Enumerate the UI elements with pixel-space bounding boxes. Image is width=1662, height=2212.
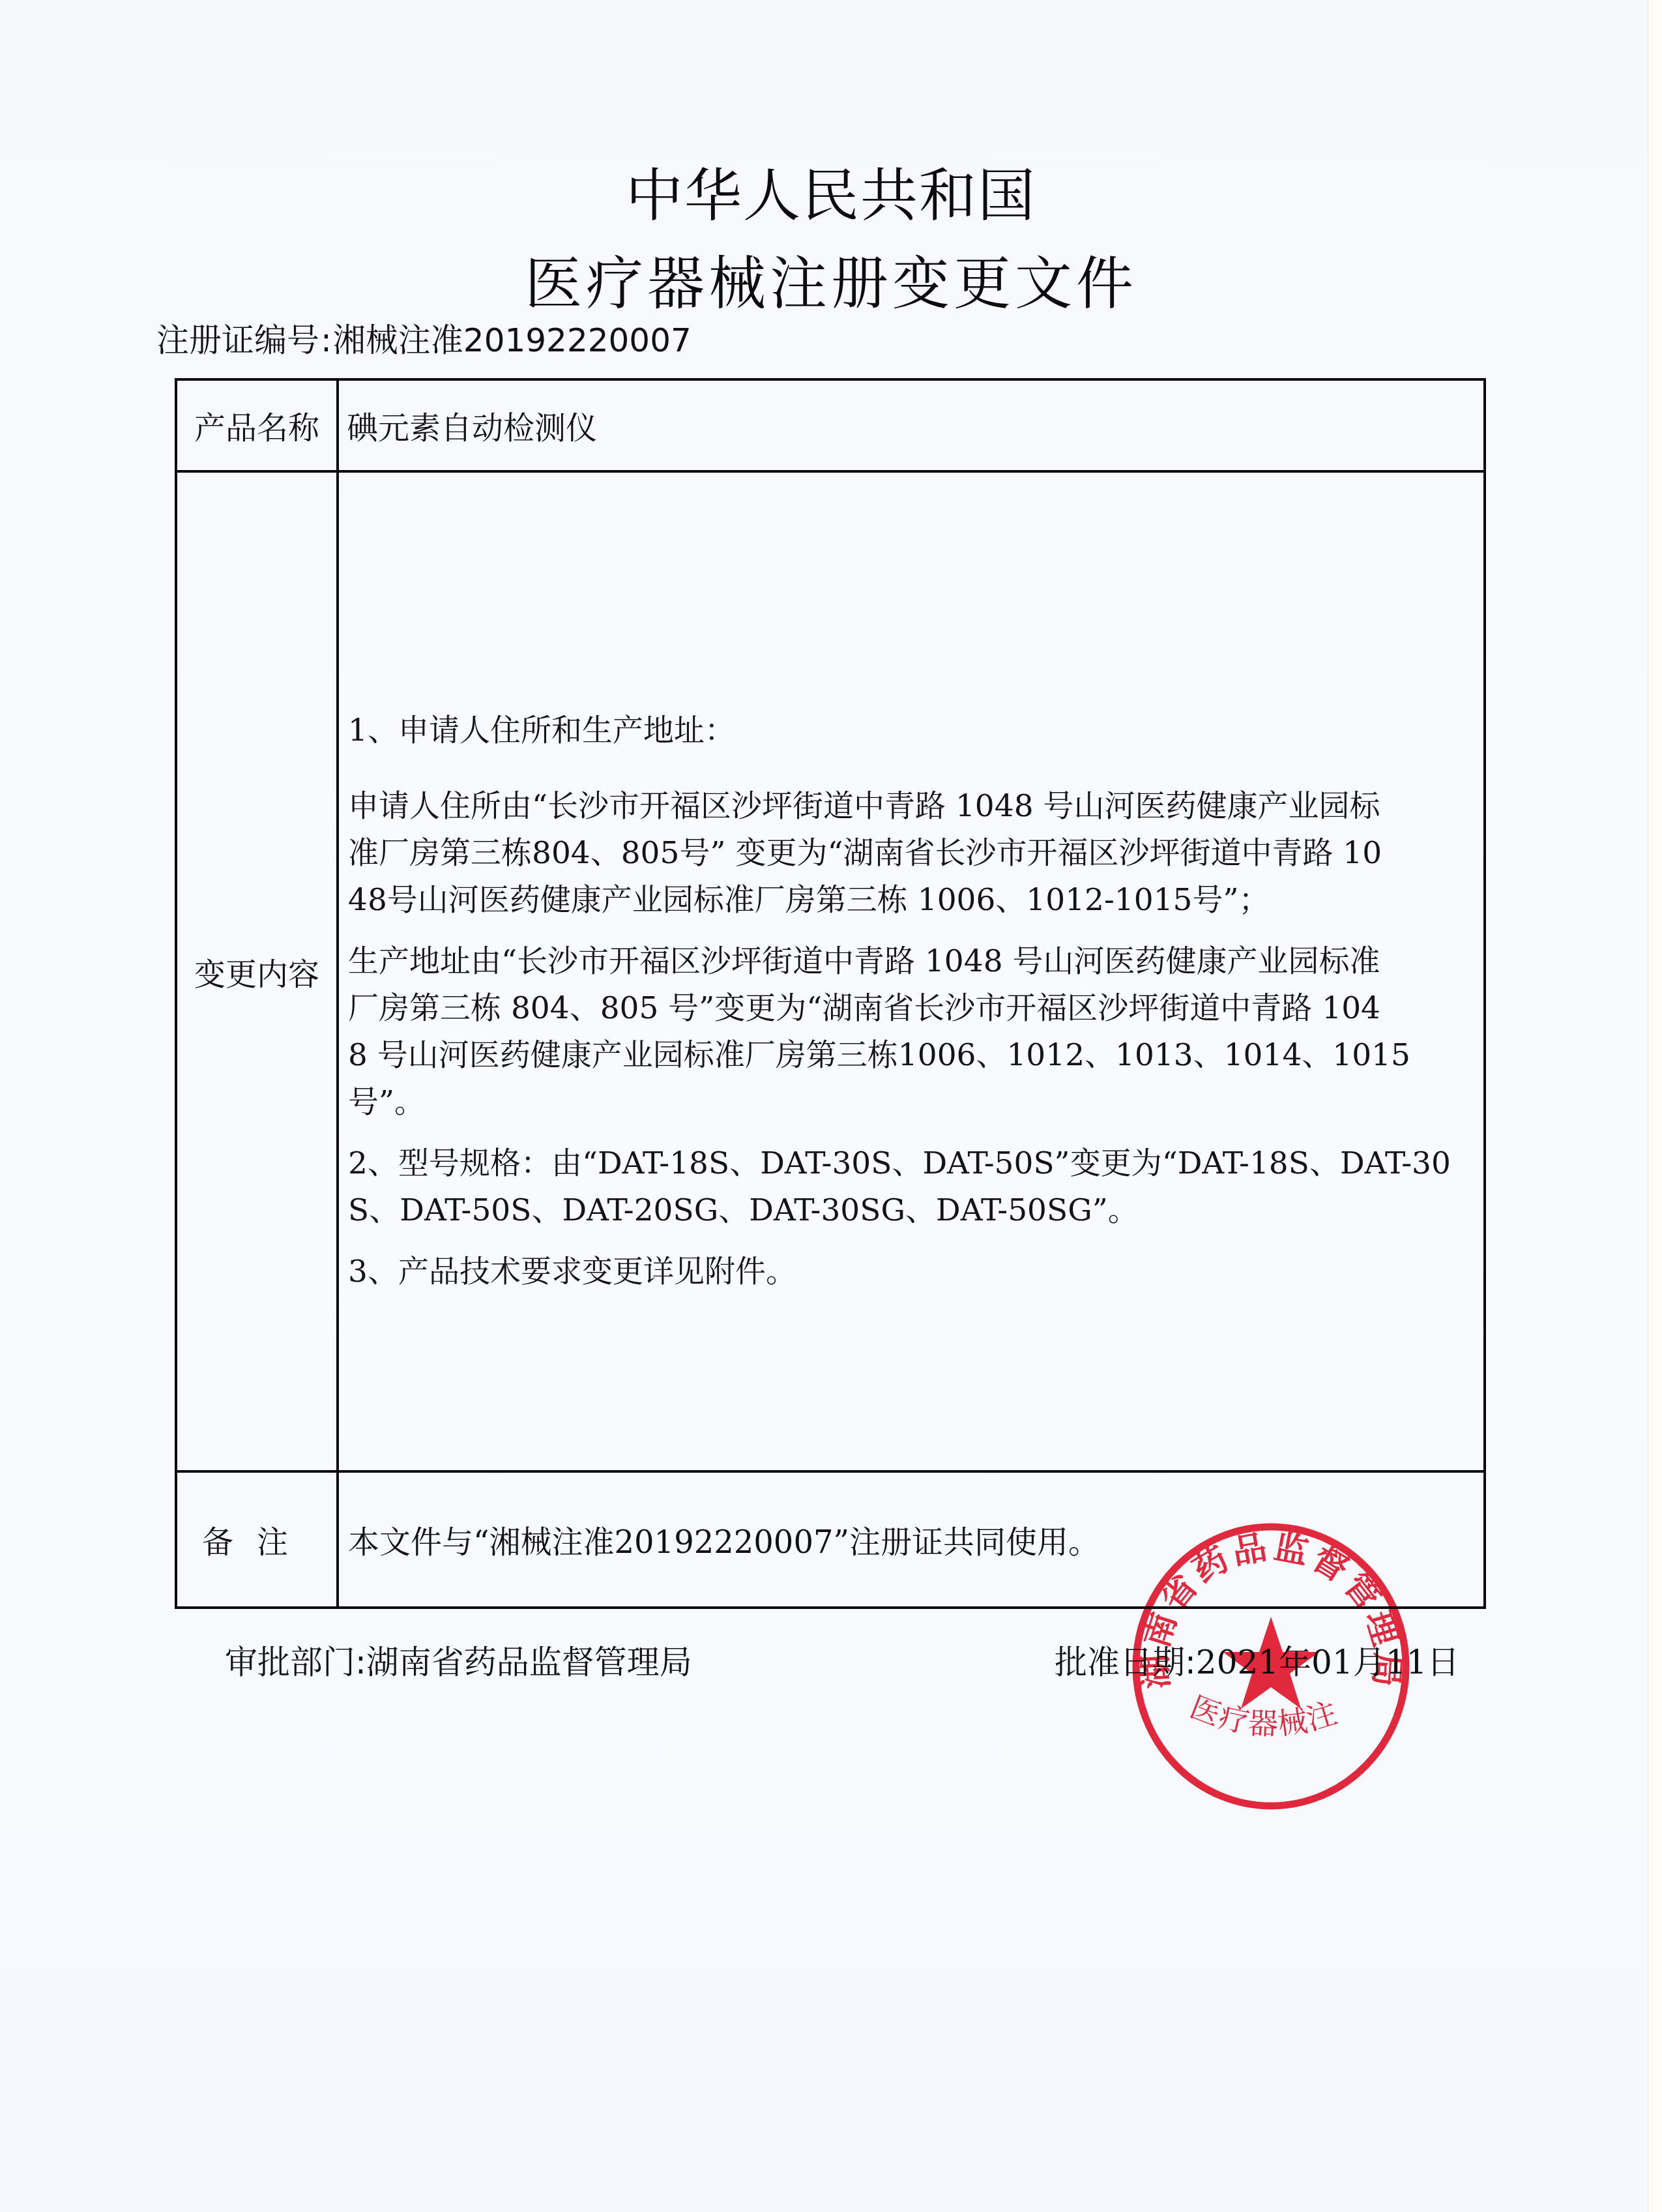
paragraph-line: 48号山河医药健康产业园标准厂房第三栋 1006、1012-1015号”； [348, 877, 1482, 924]
changes-label: 变更内容 [176, 471, 338, 1471]
paragraph-line: 2、型号规格：由“DAT-18S、DAT-30S、DAT-50S”变更为“DAT… [348, 1140, 1482, 1187]
approval-date-label: 批准日期 [1055, 1644, 1185, 1681]
paragraph-line: 生产地址由“长沙市开福区沙坪街道中青路 1048 号山河医药健康产业园标准 [348, 938, 1482, 985]
changes-body: 1、申请人住所和生产地址： 申请人住所由“长沙市开福区沙坪街道中青路 1048 … [348, 707, 1482, 1310]
change-item-1-applicant-address: 申请人住所由“长沙市开福区沙坪街道中青路 1048 号山河医药健康产业园标 准厂… [348, 783, 1482, 924]
paragraph-line: S、DAT-50S、DAT-20SG、DAT-30SG、DAT-50SG”。 [348, 1187, 1482, 1234]
table-row-changes: 变更内容 1、申请人住所和生产地址： 申请人住所由“长沙市开福区沙坪街道中青路 … [176, 471, 1485, 1471]
change-item-1-heading: 1、申请人住所和生产地址： [348, 707, 1482, 754]
paragraph-line: 申请人住所由“长沙市开福区沙坪街道中青路 1048 号山河医药健康产业园标 [348, 783, 1482, 830]
change-item-2-model-spec: 2、型号规格：由“DAT-18S、DAT-30S、DAT-50S”变更为“DAT… [348, 1140, 1482, 1234]
paragraph-line: 号”。 [348, 1079, 1482, 1126]
registration-number-value: 湘械注准20192220007 [333, 321, 692, 359]
document-title-country: 中华人民共和国 [0, 150, 1662, 232]
product-name-value: 碘元素自动检测仪 [338, 379, 1485, 471]
paragraph-line: 准厂房第三栋804、805号” 变更为“湖南省长沙市开福区沙坪街道中青路 10 [348, 830, 1482, 877]
paragraph-line: 厂房第三栋 804、805 号”变更为“湖南省长沙市开福区沙坪街道中青路 104 [348, 985, 1482, 1032]
remarks-value: 本文件与“湘械注准20192220007”注册证共同使用。 [338, 1471, 1485, 1608]
approval-department-label: 审批部门 [225, 1644, 355, 1681]
approval-date-value: 2021年01月11日 [1196, 1644, 1460, 1681]
document-title: 医疗器械注册变更文件 [0, 238, 1662, 320]
approval-department: 审批部门:湖南省药品监督管理局 [225, 1636, 692, 1683]
registration-number-line: 注册证编号:湘械注准20192220007 [156, 314, 692, 361]
approval-department-separator: : [355, 1644, 366, 1681]
paragraph-line: 3、产品技术要求变更详见附件。 [348, 1248, 1482, 1295]
change-item-1-production-address: 生产地址由“长沙市开福区沙坪街道中青路 1048 号山河医药健康产业园标准 厂房… [348, 938, 1482, 1126]
document-page: 中华人民共和国 医疗器械注册变更文件 注册证编号:湘械注准20192220007… [0, 0, 1662, 2212]
table-row-product-name: 产品名称 碘元素自动检测仪 [176, 379, 1485, 471]
remarks-label: 备注 [176, 1471, 338, 1608]
approval-department-value: 湖南省药品监督管理局 [366, 1644, 692, 1681]
product-name-label: 产品名称 [176, 379, 338, 471]
registration-change-table: 产品名称 碘元素自动检测仪 变更内容 1、申请人住所和生产地址： 申请人住所由“… [175, 378, 1486, 1609]
change-item-3-tech-requirements: 3、产品技术要求变更详见附件。 [348, 1248, 1482, 1295]
changes-content-cell: 1、申请人住所和生产地址： 申请人住所由“长沙市开福区沙坪街道中青路 1048 … [338, 471, 1485, 1471]
paragraph-line: 8 号山河医药健康产业园标准厂房第三栋1006、1012、1013、1014、1… [348, 1032, 1482, 1079]
approval-date: 批准日期:2021年01月11日 [1055, 1636, 1459, 1683]
table-row-remarks: 备注 本文件与“湘械注准20192220007”注册证共同使用。 [176, 1471, 1485, 1608]
registration-number-separator: : [321, 321, 332, 359]
registration-number-label: 注册证编号 [156, 321, 319, 359]
approval-date-separator: : [1185, 1644, 1196, 1681]
scan-page-edge [1648, 0, 1662, 2212]
